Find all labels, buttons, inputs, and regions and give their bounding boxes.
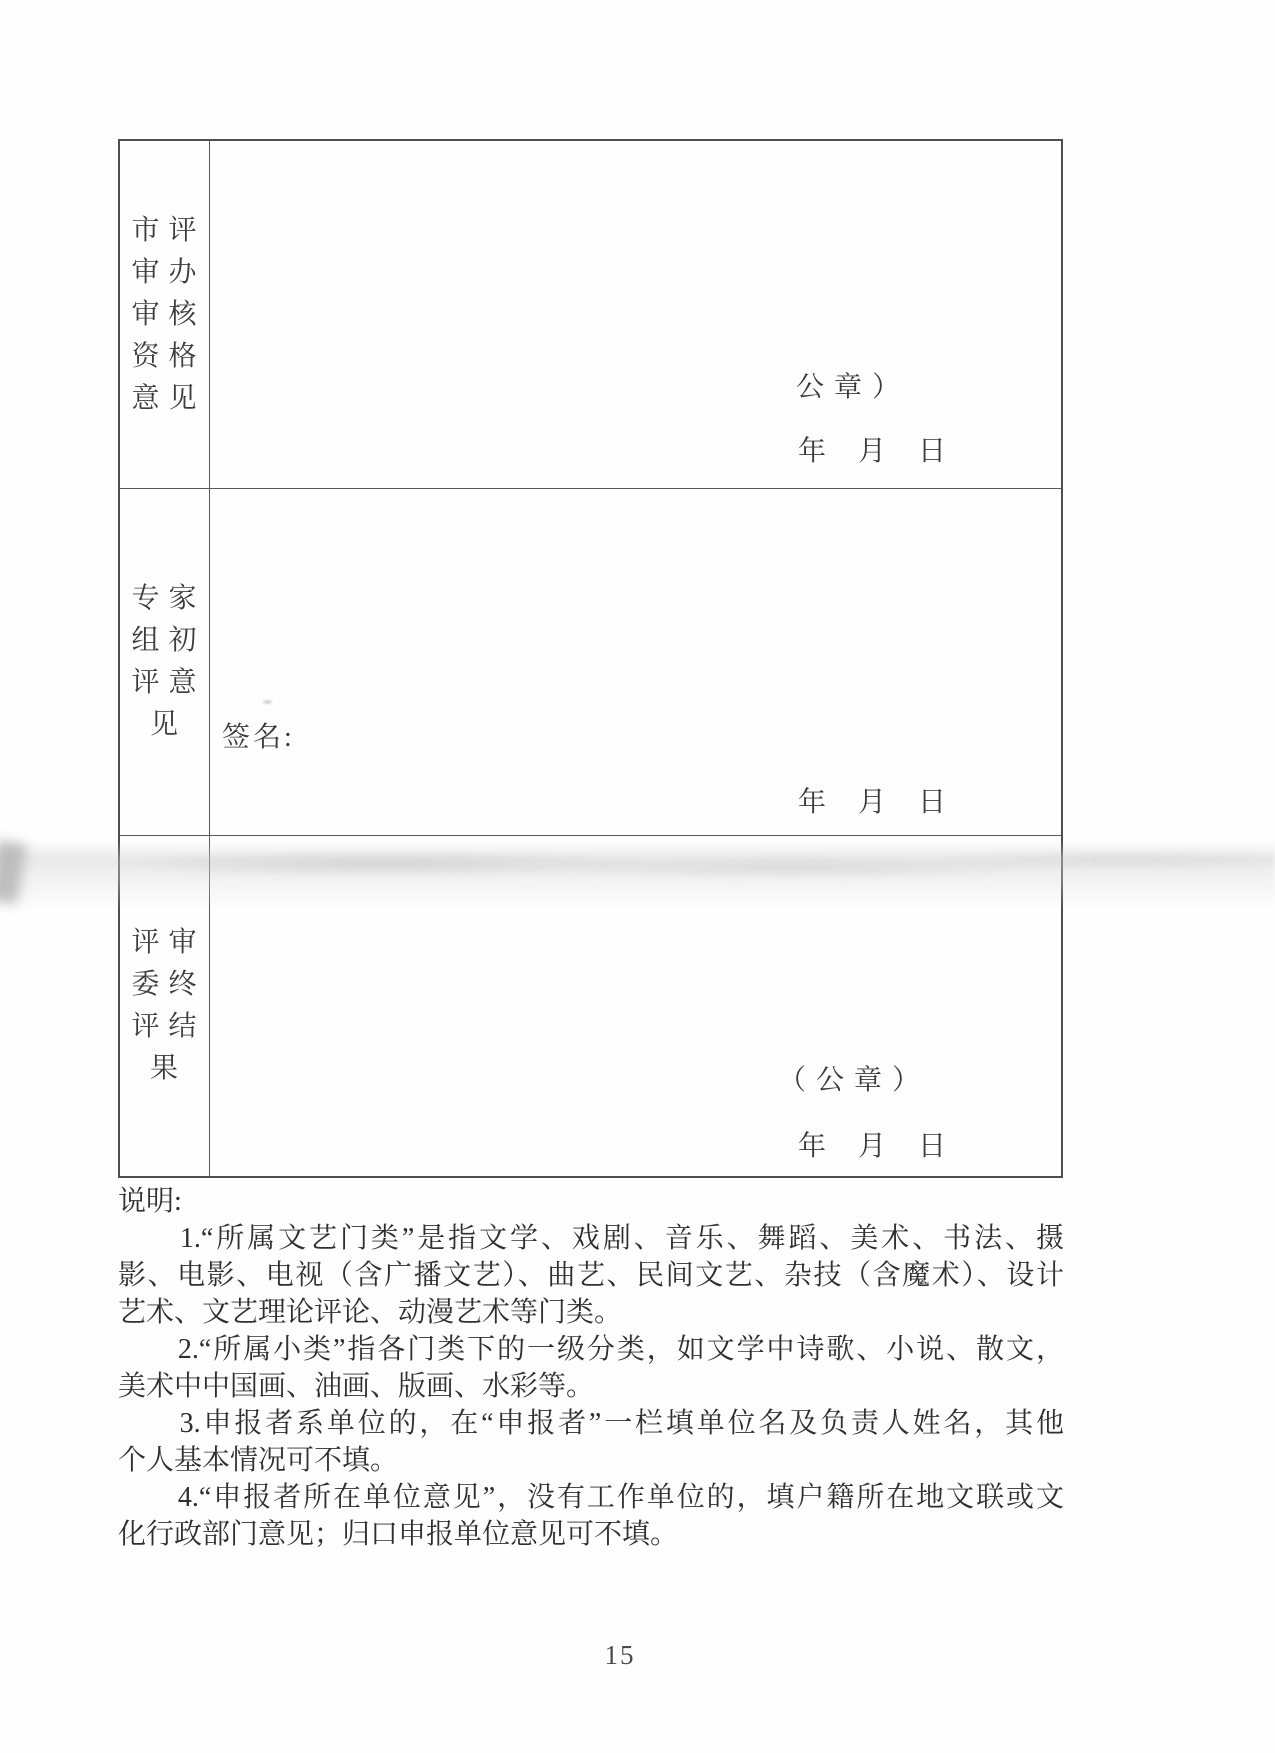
signature-label: 签名: — [222, 715, 295, 755]
official-seal-note: 公章） — [796, 365, 910, 405]
row-content-expert-group-opinion: 签名: 年 月 日 — [210, 489, 1061, 835]
date-line: 年 月 日 — [798, 780, 948, 820]
note-line: 个人基本情况可不填。 — [118, 1442, 1064, 1479]
note-line: 4.“申报者所在单位意见”，没有工作单位的，填户籍所在地文联或文 — [118, 1479, 1064, 1516]
page-number: 15 — [0, 1640, 1240, 1671]
row-label-final-result: 评 审 委 终 评 结 果 — [120, 836, 210, 1176]
notes-section: 说明: 1.“所属文艺门类”是指文学、戏剧、音乐、舞蹈、美术、书法、摄 影、电影… — [118, 1183, 1064, 1553]
notes-heading: 说明: — [118, 1183, 1064, 1220]
note-line: 1.“所属文艺门类”是指文学、戏剧、音乐、舞蹈、美术、书法、摄 — [118, 1220, 1064, 1257]
table-row-expert-group-opinion: 专 家 组 初 评 意 见 签名: 年 月 日 — [120, 489, 1061, 836]
official-seal-note: （公章） — [778, 1058, 930, 1098]
note-line: 影、电影、电视（含广播文艺）、曲艺、民间文艺、杂技（含魔术）、设计 — [118, 1257, 1064, 1294]
note-line: 化行政部门意见；归口申报单位意见可不填。 — [118, 1516, 1064, 1553]
note-line: 艺术、文艺理论评论、动漫艺术等门类。 — [118, 1294, 1064, 1331]
note-line: 3.申报者系单位的，在“申报者”一栏填单位名及负责人姓名，其他 — [118, 1405, 1064, 1442]
note-line: 2.“所属小类”指各门类下的一级分类，如文学中诗歌、小说、散文， — [118, 1331, 1064, 1368]
table-row-municipal-office-opinion: 市 评 审 办 审 核 资 格 意 见 公章） 年 月 日 — [120, 141, 1061, 489]
row-content-final-result: （公章） 年 月 日 — [210, 836, 1061, 1176]
table-row-final-result: 评 审 委 终 评 结 果 （公章） 年 月 日 — [120, 836, 1061, 1176]
row-label-expert-group-opinion: 专 家 组 初 评 意 见 — [120, 489, 210, 835]
row-content-municipal-office-opinion: 公章） 年 月 日 — [210, 141, 1061, 488]
row-label-municipal-office-opinion: 市 评 审 办 审 核 资 格 意 见 — [120, 141, 210, 488]
date-line: 年 月 日 — [798, 429, 948, 469]
scan-smudge-notch — [0, 840, 27, 904]
review-table: 市 评 审 办 审 核 资 格 意 见 公章） 年 月 日 专 家 组 初 评 … — [118, 139, 1063, 1178]
note-line: 美术中中国画、油画、版画、水彩等。 — [118, 1368, 1064, 1405]
date-line: 年 月 日 — [798, 1124, 948, 1164]
document-page: 市 评 审 办 审 核 资 格 意 见 公章） 年 月 日 专 家 组 初 评 … — [0, 0, 1275, 1753]
scan-speck — [263, 700, 272, 704]
